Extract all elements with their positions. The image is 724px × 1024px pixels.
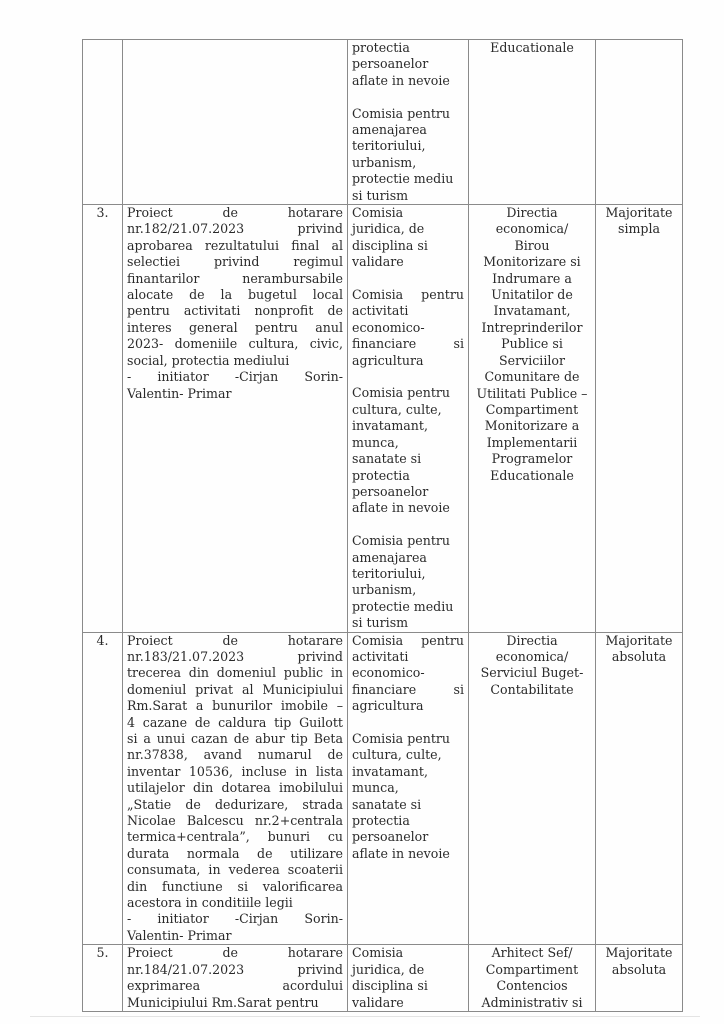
commission-line: persoanelor xyxy=(352,829,464,845)
project-title-line: nr.183/21.07.2023 privind xyxy=(127,649,343,665)
commission-line: munca, xyxy=(352,780,464,796)
commission-line: Comisia xyxy=(352,205,464,221)
project-title-line: alocate de la bugetul local xyxy=(127,287,343,303)
department-line: Contencios xyxy=(473,978,591,994)
commission-line: activitati xyxy=(352,649,464,665)
majority-type-line: simpla xyxy=(600,221,678,237)
commission-line: aflate in nevoie xyxy=(352,73,464,89)
row-number-cell: 4. xyxy=(83,632,123,945)
commission-entry: Comisia pentrucultura, culte,invatamant,… xyxy=(352,385,464,516)
commission-line: protectia xyxy=(352,468,464,484)
commission-line: juridica, de xyxy=(352,221,464,237)
commission-line: economico- xyxy=(352,665,464,681)
project-title-line: - initiator -Cirjan Sorin- xyxy=(127,911,343,927)
project-title-line: exprimarea acordului xyxy=(127,978,343,994)
commission-line: sanatate si xyxy=(352,451,464,467)
commission-entry: Comisia pentruactivitatieconomico-financ… xyxy=(352,633,464,715)
commission-line: aflate in nevoie xyxy=(352,846,464,862)
project-title-line: acestora in conditiile legii xyxy=(127,895,343,911)
commission-line: disciplina si xyxy=(352,238,464,254)
majority-type-line: absoluta xyxy=(600,962,678,978)
row-number: 3. xyxy=(96,205,108,220)
commission-line: agricultura xyxy=(352,353,464,369)
project-title-line: pentru activitati nonprofit de xyxy=(127,303,343,319)
commissions-cell: Comisiajuridica, dedisciplina sivalidare… xyxy=(348,205,469,633)
department-cell: Directiaeconomica/Serviciul Buget-Contab… xyxy=(469,632,596,945)
commissions-cell: protectiapersoaneloraflate in nevoieComi… xyxy=(348,40,469,205)
department-line: Programelor xyxy=(473,451,591,467)
commission-line: cultura, culte, xyxy=(352,402,464,418)
project-title-line: Rm.Sarat a bunurilor imobile – xyxy=(127,698,343,714)
project-title-line: 2023- domeniile cultura, civic, xyxy=(127,336,343,352)
commission-line: Comisia pentru xyxy=(352,106,464,122)
commission-line: teritoriului, xyxy=(352,138,464,154)
department-line: Monitorizare si xyxy=(473,254,591,270)
commission-line: protectie mediu xyxy=(352,599,464,615)
project-title-line: utilajelor din dotarea imobilului xyxy=(127,780,343,796)
project-title-line: domeniul privat al Municipiului xyxy=(127,682,343,698)
project-title-line: - initiator -Cirjan Sorin- xyxy=(127,369,343,385)
majority-type-line: Majoritate xyxy=(600,633,678,649)
commission-line: disciplina si xyxy=(352,978,464,994)
commission-line: financiare si xyxy=(352,682,464,698)
project-title-line: aprobarea rezultatului final al xyxy=(127,238,343,254)
department-line: Birou xyxy=(473,238,591,254)
commission-line: Comisia pentru xyxy=(352,533,464,549)
project-title-line: nr.37838, avand numarul de xyxy=(127,747,343,763)
department-line: economica/ xyxy=(473,649,591,665)
project-title-line: consumata, in vederea scoaterii xyxy=(127,862,343,878)
agenda-table: protectiapersoaneloraflate in nevoieComi… xyxy=(82,39,683,1012)
commission-line: aflate in nevoie xyxy=(352,500,464,516)
project-title-line: social, protectia mediului xyxy=(127,353,343,369)
department-line: Educationale xyxy=(473,468,591,484)
majority-cell: Majoritatesimpla xyxy=(596,205,683,633)
commission-entry: protectiapersoaneloraflate in nevoie xyxy=(352,40,464,89)
commission-line: amenajarea xyxy=(352,550,464,566)
commission-line: Comisia pentru xyxy=(352,731,464,747)
row-number-cell xyxy=(83,40,123,205)
commission-line: protectie mediu xyxy=(352,171,464,187)
row-number-cell: 5. xyxy=(83,945,123,1012)
commission-line: protectia xyxy=(352,40,464,56)
majority-cell: Majoritateabsoluta xyxy=(596,945,683,1012)
department-line: Arhitect Sef/ xyxy=(473,945,591,961)
project-title-line: Proiect de hotarare xyxy=(127,633,343,649)
department-cell: Arhitect Sef/CompartimentContenciosAdmin… xyxy=(469,945,596,1012)
commission-entry: Comisia pentrucultura, culte,invatamant,… xyxy=(352,731,464,862)
table-row: 3. Proiect de hotararenr.182/21.07.2023 … xyxy=(83,205,683,633)
commission-line: invatamant, xyxy=(352,418,464,434)
commission-line: amenajarea xyxy=(352,122,464,138)
row-number: 5. xyxy=(96,945,108,960)
commission-line: financiare si xyxy=(352,336,464,352)
row-number: 4. xyxy=(96,633,108,648)
department-line: Intreprinderilor xyxy=(473,320,591,336)
commission-line: persoanelor xyxy=(352,56,464,72)
agenda-table-body: protectiapersoaneloraflate in nevoieComi… xyxy=(83,40,683,1012)
project-title-line: Proiect de hotarare xyxy=(127,945,343,961)
project-title-line: din functiune si valorificarea xyxy=(127,879,343,895)
project-title-line: finantarilor nerambursabile xyxy=(127,271,343,287)
project-title-cell: Proiect de hotararenr.182/21.07.2023 pri… xyxy=(123,205,348,633)
project-title-cell xyxy=(123,40,348,205)
project-title-line: Nicolae Balcescu nr.2+centrala xyxy=(127,813,343,829)
project-title-line: „Statie de dedurizare, strada xyxy=(127,797,343,813)
project-title-line: inventar 10536, incluse in lista xyxy=(127,764,343,780)
row-number-cell: 3. xyxy=(83,205,123,633)
commission-line: munca, xyxy=(352,435,464,451)
department-line: Compartiment xyxy=(473,962,591,978)
project-title-line: Valentin- Primar xyxy=(127,928,343,944)
commission-line: validare xyxy=(352,995,464,1011)
department-line: Unitatilor de xyxy=(473,287,591,303)
table-row: 5. Proiect de hotararenr.184/21.07.2023 … xyxy=(83,945,683,1012)
commission-line: agricultura xyxy=(352,698,464,714)
project-title-line: interes general pentru anul xyxy=(127,320,343,336)
scan-edge-line xyxy=(30,1016,700,1017)
project-title-line: selectiei privind regimul xyxy=(127,254,343,270)
project-title-line: durata normala de utilizare xyxy=(127,846,343,862)
commission-line: activitati xyxy=(352,303,464,319)
table-row: protectiapersoaneloraflate in nevoieComi… xyxy=(83,40,683,205)
commission-line: Comisia pentru xyxy=(352,385,464,401)
department-cell: Educationale xyxy=(469,40,596,205)
department-line: Contabilitate xyxy=(473,682,591,698)
project-title-line: 4 cazane de caldura tip Guilott xyxy=(127,715,343,731)
commission-entry: Comisiajuridica, dedisciplina sivalidare xyxy=(352,205,464,271)
department-line: economica/ xyxy=(473,221,591,237)
department-line: Administrativ si xyxy=(473,995,591,1011)
commission-entry: Comisiajuridica, dedisciplina sivalidare xyxy=(352,945,464,1011)
commission-line: urbanism, xyxy=(352,582,464,598)
department-line: Compartiment xyxy=(473,402,591,418)
commission-line: persoanelor xyxy=(352,484,464,500)
department-line: Serviciilor xyxy=(473,353,591,369)
project-title-line: Valentin- Primar xyxy=(127,386,343,402)
project-title-line: termica+centrala”, bunuri cu xyxy=(127,829,343,845)
project-title-line: Municipiului Rm.Sarat pentru xyxy=(127,995,343,1011)
project-title-line: trecerea din domeniul public in xyxy=(127,665,343,681)
department-line: Monitorizare a xyxy=(473,418,591,434)
majority-cell: Majoritateabsoluta xyxy=(596,632,683,945)
project-title-line: si a unui cazan de abur tip Beta xyxy=(127,731,343,747)
department-line: Comunitare de xyxy=(473,369,591,385)
project-title-line: nr.182/21.07.2023 privind xyxy=(127,221,343,237)
commission-line: validare xyxy=(352,254,464,270)
commission-line: si turism xyxy=(352,188,464,204)
department-cell: Directiaeconomica/BirouMonitorizare siIn… xyxy=(469,205,596,633)
department-line: Invatamant, xyxy=(473,303,591,319)
commissions-cell: Comisia pentruactivitatieconomico-financ… xyxy=(348,632,469,945)
commission-line: sanatate si xyxy=(352,797,464,813)
department-line: Publice si xyxy=(473,336,591,352)
majority-type-line: absoluta xyxy=(600,649,678,665)
commission-line: Comisia xyxy=(352,945,464,961)
commission-entry: Comisia pentruamenajareateritoriului,urb… xyxy=(352,533,464,631)
project-title-line: Proiect de hotarare xyxy=(127,205,343,221)
department-line: Indrumare a xyxy=(473,271,591,287)
department-line: Directia xyxy=(473,633,591,649)
department-line: Implementarii xyxy=(473,435,591,451)
department-line: Educationale xyxy=(473,40,591,56)
project-title-line: nr.184/21.07.2023 privind xyxy=(127,962,343,978)
majority-type-line: Majoritate xyxy=(600,205,678,221)
table-row: 4. Proiect de hotararenr.183/21.07.2023 … xyxy=(83,632,683,945)
commission-line: juridica, de xyxy=(352,962,464,978)
department-line: Serviciul Buget- xyxy=(473,665,591,681)
department-line: Directia xyxy=(473,205,591,221)
project-title-cell: Proiect de hotararenr.183/21.07.2023 pri… xyxy=(123,632,348,945)
commission-line: Comisia pentru xyxy=(352,287,464,303)
commission-line: invatamant, xyxy=(352,764,464,780)
majority-type-line: Majoritate xyxy=(600,945,678,961)
commission-line: protectia xyxy=(352,813,464,829)
commissions-cell: Comisiajuridica, dedisciplina sivalidare xyxy=(348,945,469,1012)
commission-entry: Comisia pentruactivitatieconomico-financ… xyxy=(352,287,464,369)
commission-entry: Comisia pentruamenajareateritoriului,urb… xyxy=(352,106,464,204)
commission-line: si turism xyxy=(352,615,464,631)
commission-line: teritoriului, xyxy=(352,566,464,582)
commission-line: Comisia pentru xyxy=(352,633,464,649)
document-page: protectiapersoaneloraflate in nevoieComi… xyxy=(0,0,724,1024)
commission-line: urbanism, xyxy=(352,155,464,171)
majority-cell xyxy=(596,40,683,205)
project-title-cell: Proiect de hotararenr.184/21.07.2023 pri… xyxy=(123,945,348,1012)
commission-line: cultura, culte, xyxy=(352,747,464,763)
department-line: Utilitati Publice – xyxy=(473,386,591,402)
commission-line: economico- xyxy=(352,320,464,336)
